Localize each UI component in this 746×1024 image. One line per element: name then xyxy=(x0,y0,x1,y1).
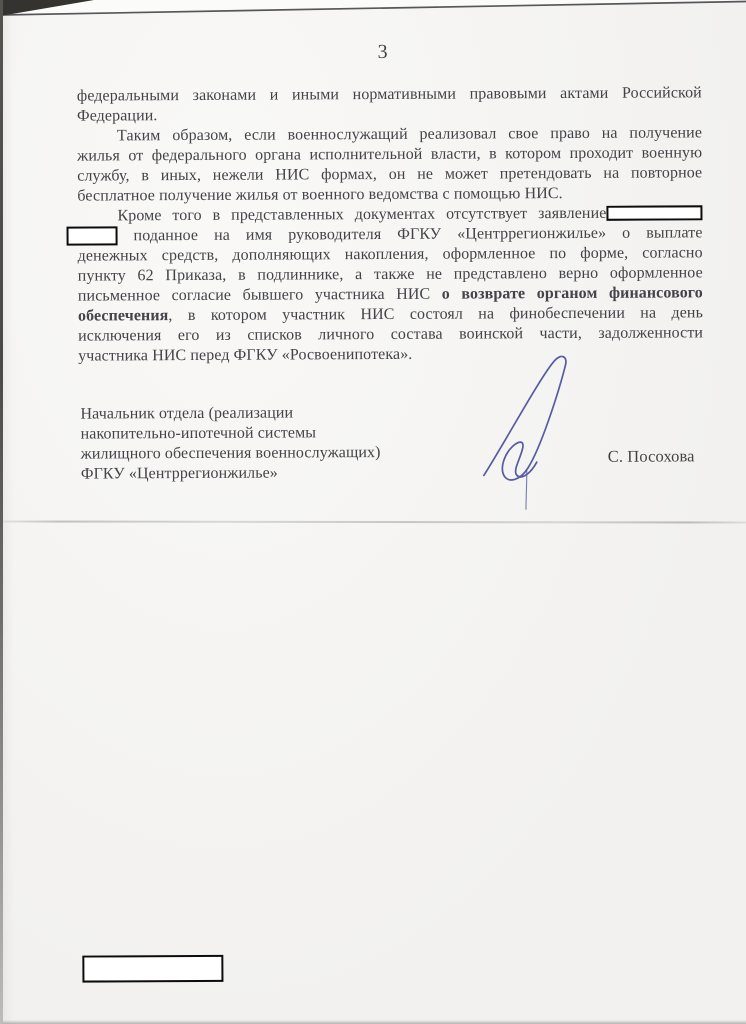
body-text-run: поданное на имя руководителя ФГКУ «Центр… xyxy=(118,224,703,244)
redaction-box xyxy=(67,226,118,245)
scan-edge-line xyxy=(0,0,746,18)
text-line: службу, в иных, нежели НИС формах, он не… xyxy=(77,163,702,186)
text-line: исключения его из списков личного состав… xyxy=(78,323,703,346)
signoff-block: Начальник отдела (реализациинакопительно… xyxy=(80,401,703,484)
signoff-lines: Начальник отдела (реализациинакопительно… xyxy=(80,401,703,484)
body-text-run: федеральными законами и иными нормативны… xyxy=(77,84,702,104)
body-text-run: Таким образом, если военнослужащий реали… xyxy=(117,124,702,144)
document-scan: 3 федеральными законами и иными норматив… xyxy=(0,0,746,1024)
body-text-run: пункту 62 Приказа, в подлиннике, а также… xyxy=(78,264,703,284)
body-text-run: письменное согласие бывшего участника НИ… xyxy=(78,286,442,305)
redaction-box-bottom xyxy=(82,955,223,983)
scan-left-edge xyxy=(0,0,3,1024)
body-text-run: , в котором участник НИС состоял на фино… xyxy=(168,304,703,324)
signer-name: С. Посохова xyxy=(608,446,695,466)
body-text-bold-run: обеспечения xyxy=(78,307,169,324)
page-number: 3 xyxy=(77,39,689,65)
scan-bottom-edge xyxy=(0,1020,746,1024)
redaction-box xyxy=(606,205,702,221)
body-text-run: исключения его из списков личного состав… xyxy=(78,324,703,344)
body-text-run: участника НИС перед ФГКУ «Росвоенипотека… xyxy=(78,346,412,365)
text-line: участника НИС перед ФГКУ «Росвоенипотека… xyxy=(78,343,703,366)
body-text-run: службу, в иных, нежели НИС формах, он не… xyxy=(77,164,702,184)
text-line: федеральными законами и иными нормативны… xyxy=(77,83,702,106)
body-text-run: Кроме того в представленных документах о… xyxy=(117,205,606,225)
body-text-run: Федерации. xyxy=(77,107,158,124)
body-text-bold-run: о возврате органом финансового xyxy=(442,284,703,302)
document-content: 3 федеральными законами и иными норматив… xyxy=(0,0,746,1024)
body-text-run: денежных средств, дополняющих накопления… xyxy=(78,244,703,264)
body-text-run: жилья от федерального органа исполнитель… xyxy=(77,144,702,164)
body-text: федеральными законами и иными нормативны… xyxy=(77,83,703,366)
body-text-run: бесплатное получение жилья от военного в… xyxy=(77,185,562,205)
